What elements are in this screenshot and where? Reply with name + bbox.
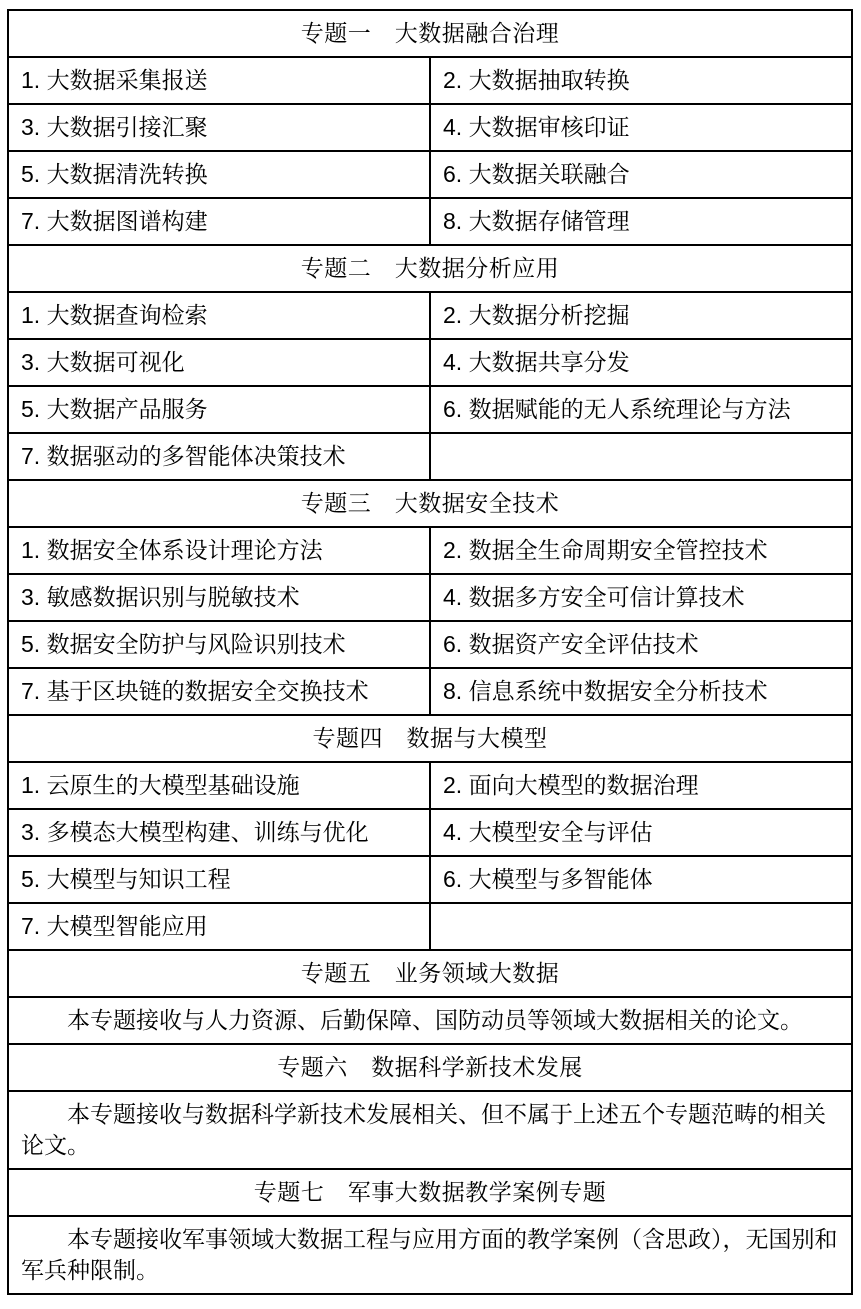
topic-row: 1. 云原生的大模型基础设施 2. 面向大模型的数据治理	[8, 762, 852, 809]
topic-item: 1. 大数据采集报送	[8, 57, 430, 104]
topic-item-empty	[430, 903, 852, 950]
topic-row: 7. 基于区块链的数据安全交换技术 8. 信息系统中数据安全分析技术	[8, 668, 852, 715]
topics-table: 专题一 大数据融合治理 1. 大数据采集报送 2. 大数据抽取转换 3. 大数据…	[7, 9, 853, 1295]
section-3-title: 专题三 大数据安全技术	[8, 480, 852, 527]
section-5-note: 本专题接收与人力资源、后勤保障、国防动员等领域大数据相关的论文。	[8, 997, 852, 1044]
topic-item: 5. 大模型与知识工程	[8, 856, 430, 903]
topic-item: 3. 多模态大模型构建、训练与优化	[8, 809, 430, 856]
topic-item: 7. 大模型智能应用	[8, 903, 430, 950]
topic-item: 6. 数据资产安全评估技术	[430, 621, 852, 668]
topic-item: 6. 大模型与多智能体	[430, 856, 852, 903]
topic-row: 5. 数据安全防护与风险识别技术 6. 数据资产安全评估技术	[8, 621, 852, 668]
topic-row: 5. 大数据清洗转换 6. 大数据关联融合	[8, 151, 852, 198]
topic-item: 2. 大数据分析挖掘	[430, 292, 852, 339]
topic-row: 1. 大数据查询检索 2. 大数据分析挖掘	[8, 292, 852, 339]
topic-row: 3. 多模态大模型构建、训练与优化 4. 大模型安全与评估	[8, 809, 852, 856]
topic-row: 5. 大数据产品服务 6. 数据赋能的无人系统理论与方法	[8, 386, 852, 433]
topic-item: 5. 大数据产品服务	[8, 386, 430, 433]
topic-row: 7. 大模型智能应用	[8, 903, 852, 950]
section-7-note: 本专题接收军事领域大数据工程与应用方面的教学案例（含思政），无国别和军兵种限制。	[8, 1216, 852, 1294]
topic-row: 3. 敏感数据识别与脱敏技术 4. 数据多方安全可信计算技术	[8, 574, 852, 621]
topic-item: 2. 大数据抽取转换	[430, 57, 852, 104]
section-title-row: 专题六 数据科学新技术发展	[8, 1044, 852, 1091]
section-title-row: 专题一 大数据融合治理	[8, 10, 852, 57]
topic-row: 3. 大数据可视化 4. 大数据共享分发	[8, 339, 852, 386]
note-row: 本专题接收与人力资源、后勤保障、国防动员等领域大数据相关的论文。	[8, 997, 852, 1044]
section-2-title: 专题二 大数据分析应用	[8, 245, 852, 292]
topic-item: 7. 基于区块链的数据安全交换技术	[8, 668, 430, 715]
note-row: 本专题接收与数据科学新技术发展相关、但不属于上述五个专题范畴的相关论文。	[8, 1091, 852, 1169]
note-row: 本专题接收军事领域大数据工程与应用方面的教学案例（含思政），无国别和军兵种限制。	[8, 1216, 852, 1294]
topic-row: 7. 大数据图谱构建 8. 大数据存储管理	[8, 198, 852, 245]
topic-item-empty	[430, 433, 852, 480]
topic-item: 4. 数据多方安全可信计算技术	[430, 574, 852, 621]
topics-table-body: 专题一 大数据融合治理 1. 大数据采集报送 2. 大数据抽取转换 3. 大数据…	[8, 10, 852, 1294]
section-4-title: 专题四 数据与大模型	[8, 715, 852, 762]
topic-item: 5. 数据安全防护与风险识别技术	[8, 621, 430, 668]
section-title-row: 专题五 业务领域大数据	[8, 950, 852, 997]
topic-row: 7. 数据驱动的多智能体决策技术	[8, 433, 852, 480]
section-6-title: 专题六 数据科学新技术发展	[8, 1044, 852, 1091]
topic-item: 7. 大数据图谱构建	[8, 198, 430, 245]
topic-item: 4. 大模型安全与评估	[430, 809, 852, 856]
topic-item: 6. 数据赋能的无人系统理论与方法	[430, 386, 852, 433]
topic-item: 1. 大数据查询检索	[8, 292, 430, 339]
topic-row: 1. 大数据采集报送 2. 大数据抽取转换	[8, 57, 852, 104]
topic-row: 1. 数据安全体系设计理论方法 2. 数据全生命周期安全管控技术	[8, 527, 852, 574]
topic-item: 3. 敏感数据识别与脱敏技术	[8, 574, 430, 621]
topic-item: 6. 大数据关联融合	[430, 151, 852, 198]
topic-item: 2. 面向大模型的数据治理	[430, 762, 852, 809]
section-title-row: 专题三 大数据安全技术	[8, 480, 852, 527]
topic-item: 8. 大数据存储管理	[430, 198, 852, 245]
topic-item: 5. 大数据清洗转换	[8, 151, 430, 198]
topic-item: 7. 数据驱动的多智能体决策技术	[8, 433, 430, 480]
topic-item: 8. 信息系统中数据安全分析技术	[430, 668, 852, 715]
topic-item: 1. 云原生的大模型基础设施	[8, 762, 430, 809]
topic-item: 4. 大数据审核印证	[430, 104, 852, 151]
topic-row: 5. 大模型与知识工程 6. 大模型与多智能体	[8, 856, 852, 903]
topic-item: 3. 大数据引接汇聚	[8, 104, 430, 151]
topic-item: 3. 大数据可视化	[8, 339, 430, 386]
section-1-title: 专题一 大数据融合治理	[8, 10, 852, 57]
section-title-row: 专题七 军事大数据教学案例专题	[8, 1169, 852, 1216]
topic-item: 1. 数据安全体系设计理论方法	[8, 527, 430, 574]
topic-row: 3. 大数据引接汇聚 4. 大数据审核印证	[8, 104, 852, 151]
section-title-row: 专题四 数据与大模型	[8, 715, 852, 762]
section-7-title: 专题七 军事大数据教学案例专题	[8, 1169, 852, 1216]
topic-item: 2. 数据全生命周期安全管控技术	[430, 527, 852, 574]
section-5-title: 专题五 业务领域大数据	[8, 950, 852, 997]
topic-item: 4. 大数据共享分发	[430, 339, 852, 386]
document-page: 专题一 大数据融合治理 1. 大数据采集报送 2. 大数据抽取转换 3. 大数据…	[0, 0, 861, 1295]
section-title-row: 专题二 大数据分析应用	[8, 245, 852, 292]
section-6-note: 本专题接收与数据科学新技术发展相关、但不属于上述五个专题范畴的相关论文。	[8, 1091, 852, 1169]
